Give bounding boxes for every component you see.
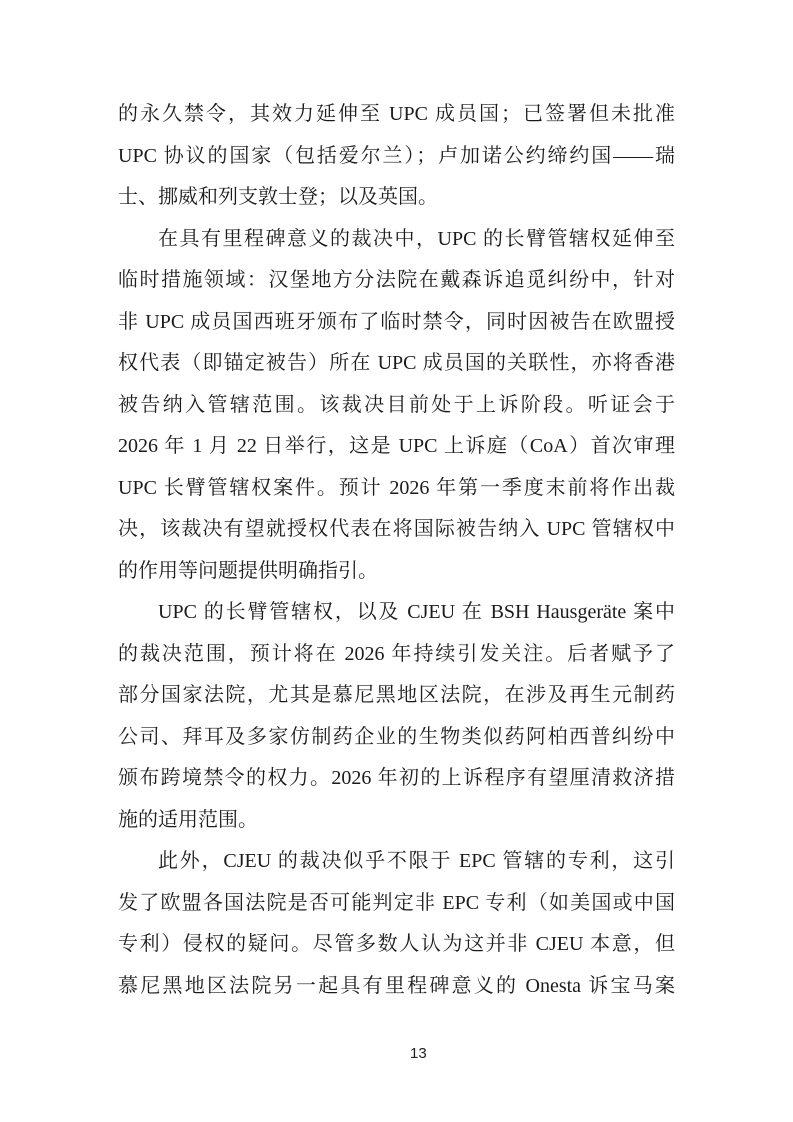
text-line: UPC 协议的国家（包括爱尔兰）；卢加诺公约缔约国——瑞 xyxy=(118,136,675,178)
text-line: 的作用等问题提供明确指引。 xyxy=(118,551,675,593)
text-line: 施的适用范围。 xyxy=(118,800,675,842)
document-page: 的永久禁令，其效力延伸至 UPC 成员国；已签署但未批准 UPC 协议的国家（包… xyxy=(0,0,793,1122)
text-line: 被告纳入管辖范围。该裁决目前处于上诉阶段。听证会于 xyxy=(118,385,675,427)
paragraph: 的永久禁令，其效力延伸至 UPC 成员国；已签署但未批准 UPC 协议的国家（包… xyxy=(118,94,675,219)
text-line: 颁布跨境禁令的权力。2026 年初的上诉程序有望厘清救济措 xyxy=(118,758,675,800)
text-line: 部分国家法院，尤其是慕尼黑地区法院，在涉及再生元制药 xyxy=(118,675,675,717)
text-line: 2026 年 1 月 22 日举行，这是 UPC 上诉庭（CoA）首次审理 xyxy=(118,426,675,468)
page-number: 13 xyxy=(410,1045,427,1062)
text-line: 发了欧盟各国法院是否可能判定非 EPC 专利（如美国或中国 xyxy=(118,883,675,925)
text-line: 公司、拜耳及多家仿制药企业的生物类似药阿柏西普纠纷中 xyxy=(118,717,675,759)
text-line: 决，该裁决有望就授权代表在将国际被告纳入 UPC 管辖权中 xyxy=(118,509,675,551)
paragraph: 此外，CJEU 的裁决似乎不限于 EPC 管辖的专利，这引 发了欧盟各国法院是否… xyxy=(118,841,675,1007)
text-line: 的裁决范围，预计将在 2026 年持续引发关注。后者赋予了 xyxy=(118,634,675,676)
paragraph: UPC 的长臂管辖权，以及 CJEU 在 BSH Hausgeräte 案中 的… xyxy=(118,592,675,841)
text-line: UPC 的长臂管辖权，以及 CJEU 在 BSH Hausgeräte 案中 xyxy=(118,592,675,634)
paragraph: 在具有里程碑意义的裁决中，UPC 的长臂管辖权延伸至 临时措施领域：汉堡地方分法… xyxy=(118,219,675,593)
text-line: UPC 长臂管辖权案件。预计 2026 年第一季度末前将作出裁 xyxy=(118,468,675,510)
text-line: 临时措施领域：汉堡地方分法院在戴森诉追觅纠纷中，针对 xyxy=(118,260,675,302)
text-line: 在具有里程碑意义的裁决中，UPC 的长臂管辖权延伸至 xyxy=(118,219,675,261)
text-line: 此外，CJEU 的裁决似乎不限于 EPC 管辖的专利，这引 xyxy=(118,841,675,883)
text-line: 非 UPC 成员国西班牙颁布了临时禁令，同时因被告在欧盟授 xyxy=(118,302,675,344)
text-line: 士、挪威和列支敦士登；以及英国。 xyxy=(118,177,675,219)
text-line: 权代表（即锚定被告）所在 UPC 成员国的关联性，亦将香港 xyxy=(118,343,675,385)
text-block: 的永久禁令，其效力延伸至 UPC 成员国；已签署但未批准 UPC 协议的国家（包… xyxy=(118,94,675,1007)
text-line: 慕尼黑地区法院另一起具有里程碑意义的 Onesta 诉宝马案 xyxy=(118,966,675,1008)
text-line: 专利）侵权的疑问。尽管多数人认为这并非 CJEU 本意，但 xyxy=(118,924,675,966)
text-line: 的永久禁令，其效力延伸至 UPC 成员国；已签署但未批准 xyxy=(118,94,675,136)
